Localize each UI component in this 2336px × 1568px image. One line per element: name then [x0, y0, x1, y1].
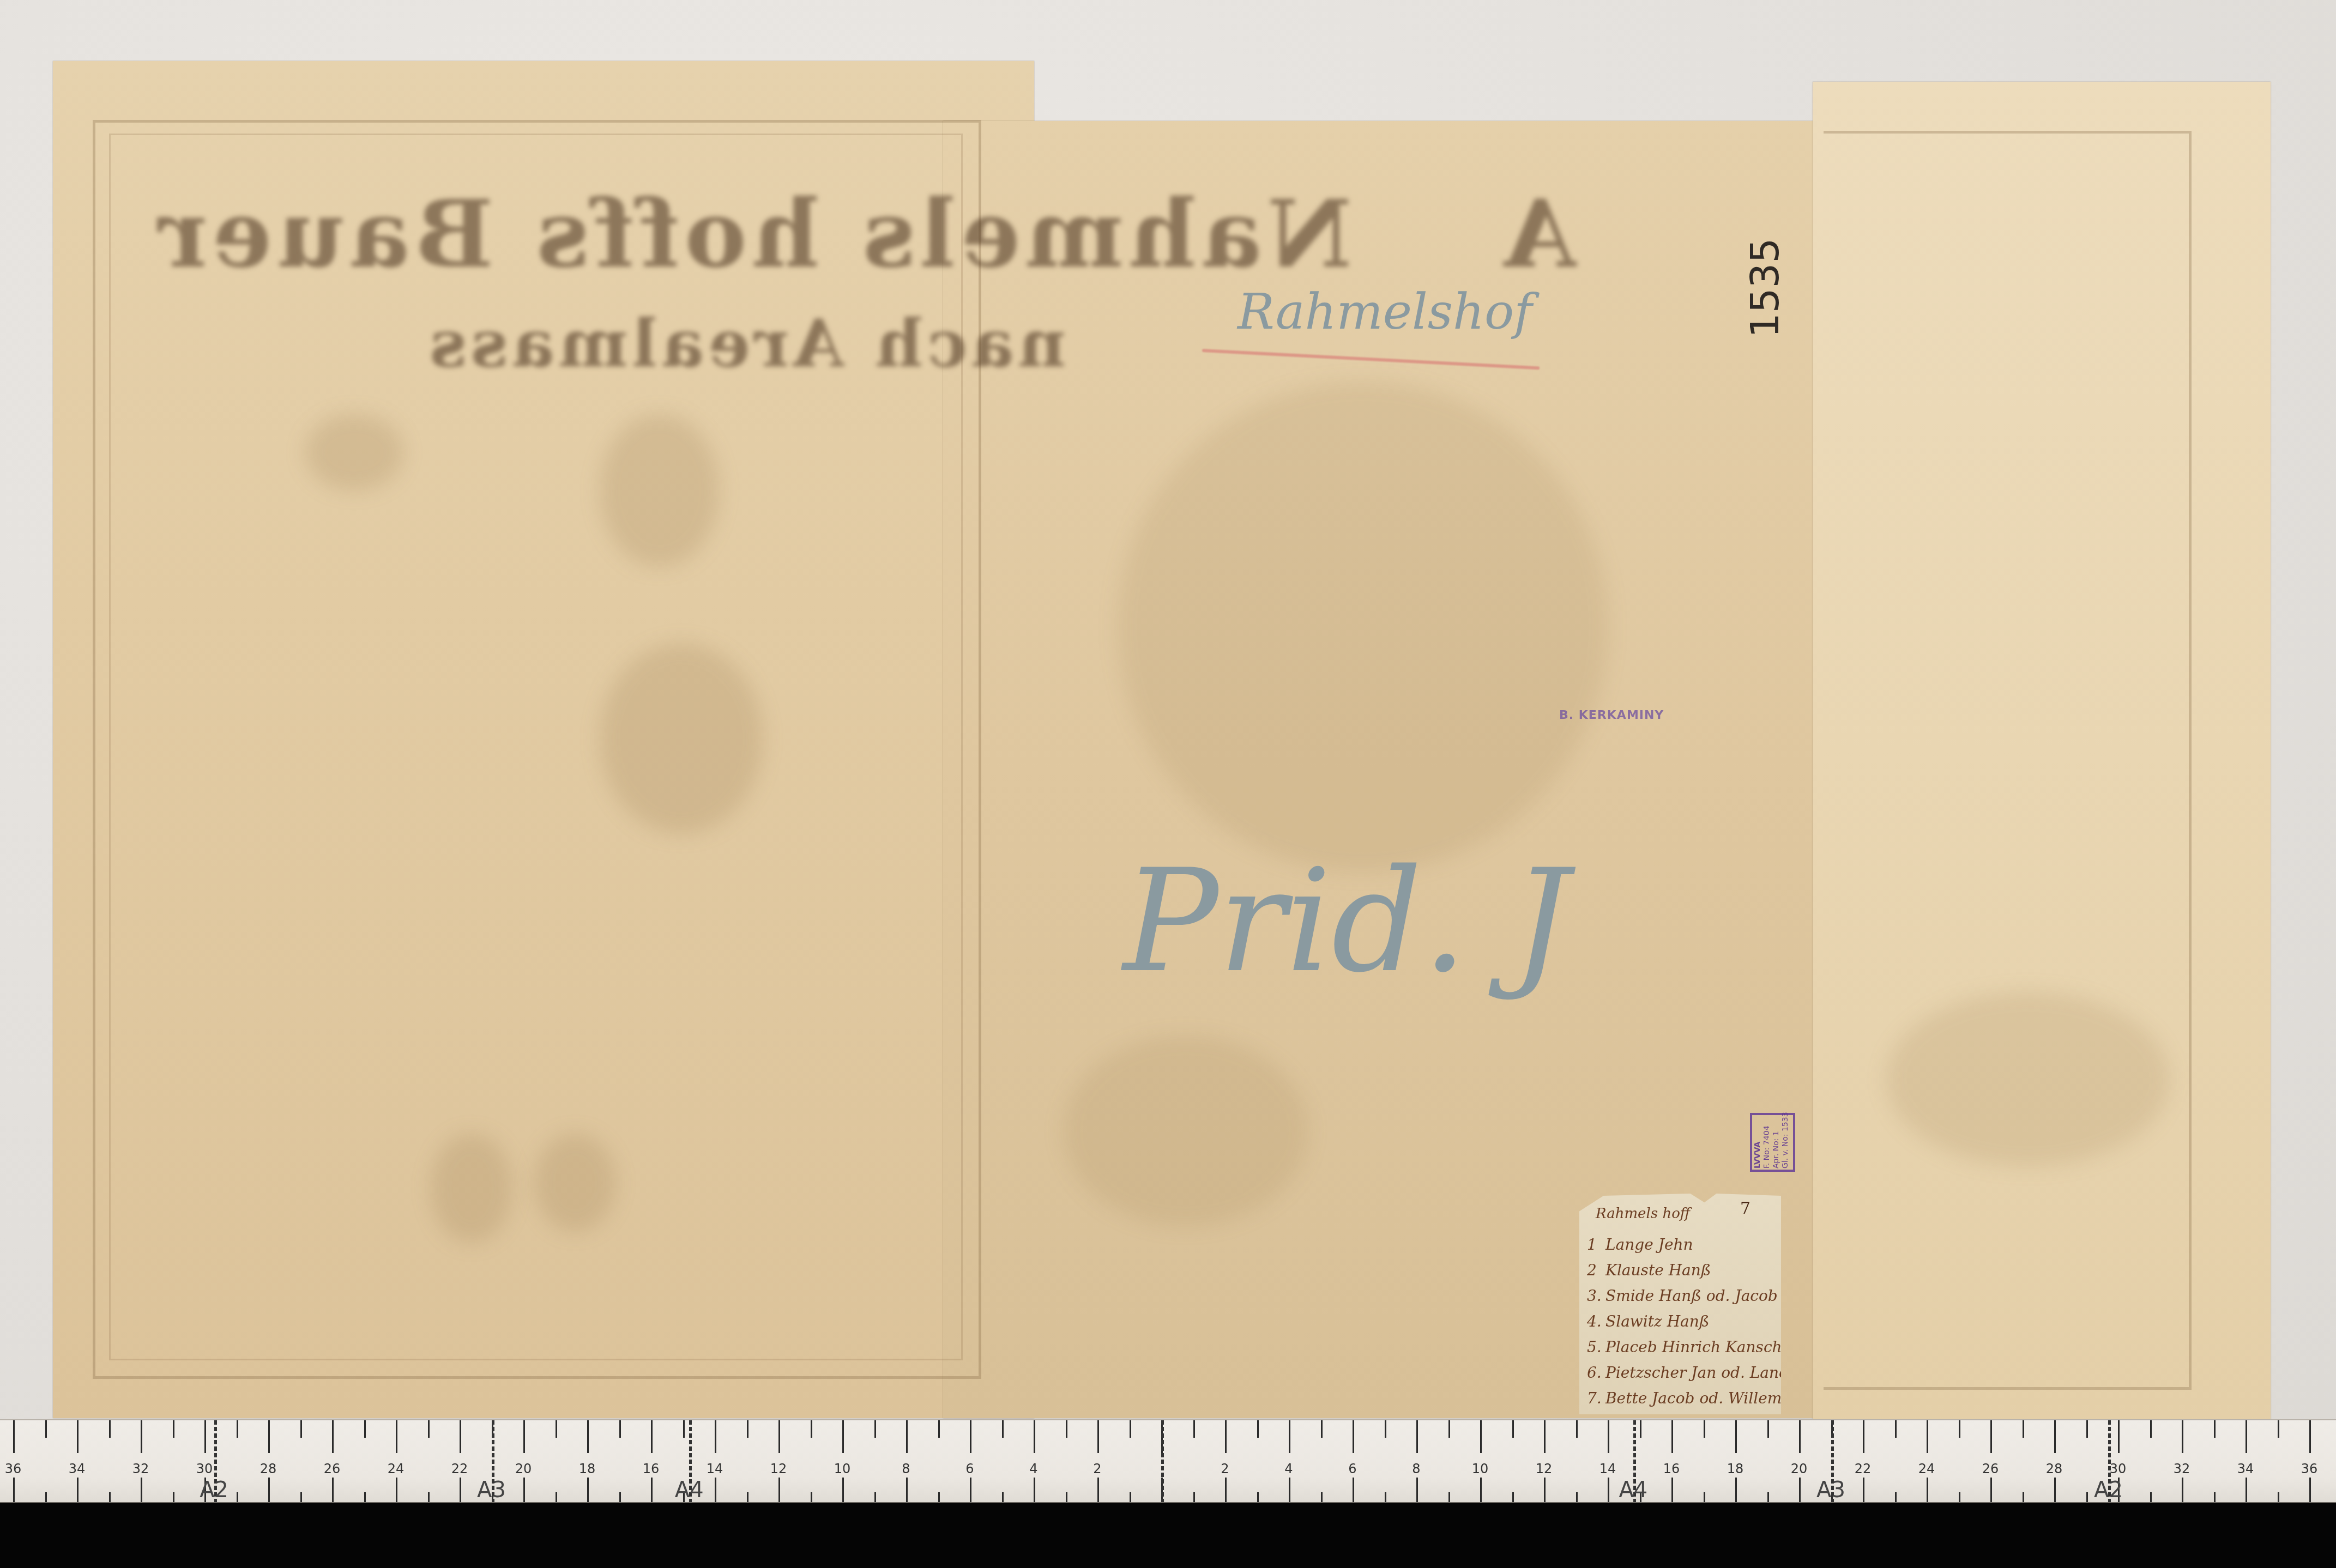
archive-number: 1535	[1742, 238, 1788, 338]
ruler-tick	[77, 1420, 79, 1453]
archive-stamp: LVVVA F. No: 7404 Apr. No: 1 Gl. v. No: …	[1750, 1113, 1795, 1172]
ruler-number: 6	[1348, 1461, 1356, 1476]
ruler-tick	[619, 1420, 621, 1438]
ruler-tick	[970, 1478, 971, 1502]
ruler-tick	[13, 1420, 15, 1453]
ruler-tick	[300, 1492, 302, 1502]
ruler-tick	[1671, 1478, 1673, 1502]
ruler-number: 18	[579, 1461, 596, 1476]
ruler-tick	[1480, 1478, 1482, 1502]
ruler-tick	[842, 1420, 844, 1453]
ruler-tick	[2246, 1420, 2247, 1453]
ruler-tick	[1895, 1420, 1897, 1438]
ruler-tick	[1512, 1492, 1514, 1502]
ruler-number: 36	[5, 1461, 22, 1476]
ruler-tick	[2054, 1478, 2056, 1502]
ruler-number: 34	[69, 1461, 86, 1476]
ruler-tick	[1671, 1420, 1673, 1453]
ruler-tick	[778, 1478, 780, 1502]
paper-size-label: A2	[200, 1478, 228, 1503]
ruler-tick	[2054, 1420, 2056, 1453]
ruler-tick	[2086, 1420, 2088, 1438]
paper-size-label: A3	[477, 1478, 506, 1503]
ruler-tick	[1448, 1420, 1450, 1438]
ruler-tick	[268, 1420, 270, 1453]
ruler-tick	[1225, 1478, 1227, 1502]
ruler-number: 2	[1093, 1461, 1101, 1476]
ruler-tick	[747, 1420, 749, 1438]
ruler-tick	[1193, 1420, 1195, 1438]
ruler-number: 4	[1284, 1461, 1293, 1476]
ruler-tick	[1735, 1420, 1737, 1453]
ruler-tick	[428, 1420, 430, 1438]
ruler-tick	[300, 1420, 302, 1438]
ruler-tick	[1863, 1478, 1864, 1502]
ruler-number: 26	[1982, 1461, 1999, 1476]
ruler-tick	[1321, 1492, 1323, 1502]
ruler-tick	[364, 1420, 366, 1438]
ruler-tick	[619, 1492, 621, 1502]
ruler-number: 28	[2046, 1461, 2063, 1476]
ruler-tick	[2278, 1420, 2279, 1438]
ruler-tick	[938, 1420, 940, 1438]
ruler-center-marker	[1161, 1420, 1164, 1502]
ruler-tick	[1353, 1420, 1354, 1453]
ruler-tick	[1735, 1478, 1737, 1502]
stain	[305, 414, 403, 491]
ruler-tick	[460, 1420, 461, 1453]
ruler-number: 26	[324, 1461, 341, 1476]
ruler-tick	[1959, 1420, 1960, 1438]
ruler-tick	[1002, 1420, 1004, 1438]
library-stamp: B. KERKAMINY	[1559, 709, 1664, 722]
ruler-tick	[1608, 1420, 1609, 1453]
ruler-number: 8	[1412, 1461, 1420, 1476]
list-item: 2Klauste Hanß	[1587, 1257, 1788, 1283]
ruler-tick	[1990, 1478, 1992, 1502]
ruler-tick	[2214, 1492, 2216, 1502]
ruler-tick	[906, 1420, 908, 1453]
ruler-tick	[13, 1478, 15, 1502]
stain	[1886, 992, 2170, 1166]
ruler-tick	[332, 1420, 334, 1453]
ruler-tick	[45, 1492, 47, 1502]
ruler-tick	[1448, 1492, 1450, 1502]
ruler-tick	[1321, 1420, 1323, 1438]
ruler-tick	[1002, 1492, 1004, 1502]
paper-size-label: A4	[675, 1478, 704, 1503]
ruler-tick	[1416, 1478, 1418, 1502]
ruler-tick	[715, 1420, 716, 1453]
stamp-row: Apr. No: 1	[1772, 1116, 1781, 1169]
ruler-tick	[2023, 1420, 2024, 1438]
pencil-annotation: Prid. J	[1123, 839, 1569, 1004]
ruler-tick	[1544, 1420, 1546, 1453]
ruler-number: 14	[707, 1461, 723, 1476]
ruler-tick	[715, 1478, 716, 1502]
measuring-ruler: 3634323028262422201816141210864224681012…	[0, 1419, 2336, 1504]
stain	[431, 1134, 512, 1243]
ruler-tick	[1895, 1492, 1897, 1502]
ruler-tick	[1704, 1420, 1705, 1438]
paper-size-label: A4	[1619, 1478, 1647, 1503]
ruler-tick	[109, 1492, 111, 1502]
ruler-number: 16	[1663, 1461, 1680, 1476]
ruler-tick	[2309, 1478, 2311, 1502]
ruler-tick	[1066, 1492, 1067, 1502]
ruler-number: 12	[1536, 1461, 1553, 1476]
ruler-number: 22	[451, 1461, 468, 1476]
ruler-tick	[1990, 1420, 1992, 1453]
stamp-row: Gl. v. No: 1533	[1781, 1116, 1790, 1169]
ruler-tick	[1066, 1420, 1067, 1438]
ruler-number: 36	[2301, 1461, 2318, 1476]
ruler-tick	[1034, 1478, 1035, 1502]
label-slip: Rahmels hoff 7 1Lange Jehn 2Klauste Hanß…	[1579, 1194, 1781, 1414]
ruler-tick	[1767, 1492, 1769, 1502]
ruler-number: 4	[1029, 1461, 1037, 1476]
stain	[1063, 1036, 1308, 1226]
ruler-tick	[396, 1478, 397, 1502]
ruler-tick	[747, 1492, 749, 1502]
bleed-through-subtitle: nach Arealmass	[425, 305, 1066, 382]
ruler-tick	[970, 1420, 971, 1453]
ruler-tick	[1959, 1492, 1960, 1502]
ruler-number: 18	[1727, 1461, 1744, 1476]
ruler-tick	[1544, 1478, 1546, 1502]
ruler-tick	[938, 1492, 940, 1502]
slip-corner-mark: 7	[1740, 1199, 1751, 1218]
ruler-tick	[1034, 1420, 1035, 1453]
ruler-tick	[141, 1478, 142, 1502]
ruler-tick	[811, 1492, 812, 1502]
stamp-row: F. No: 7404	[1762, 1116, 1772, 1169]
ruler-tick	[1640, 1420, 1641, 1438]
ruler-number: 10	[1472, 1461, 1489, 1476]
ruler-number: 32	[132, 1461, 149, 1476]
ruler-tick	[2118, 1420, 2120, 1453]
ruler-tick	[364, 1492, 366, 1502]
slip-title: Rahmels hoff	[1596, 1206, 1690, 1222]
scanner-edge	[0, 1503, 2336, 1568]
ruler-number: 34	[2237, 1461, 2254, 1476]
paper-size-label: A2	[2094, 1478, 2123, 1503]
ruler-tick	[556, 1420, 557, 1438]
stain	[534, 1134, 616, 1232]
ruler-tick	[2278, 1492, 2279, 1502]
ruler-tick	[460, 1478, 461, 1502]
ruler-tick	[1576, 1420, 1578, 1438]
list-item: 4.Slawitz Hanß	[1587, 1309, 1788, 1334]
ruler-tick	[874, 1420, 876, 1438]
ruler-number: 14	[1599, 1461, 1616, 1476]
ruler-tick	[1927, 1420, 1928, 1453]
ruler-tick	[396, 1420, 397, 1453]
title-letter: A	[1499, 180, 1576, 289]
ruler-tick	[1704, 1492, 1705, 1502]
ruler-number: 20	[1791, 1461, 1808, 1476]
ruler-tick	[1385, 1492, 1386, 1502]
ruler-tick	[1385, 1420, 1386, 1438]
ruler-tick	[811, 1420, 812, 1438]
ruler-tick	[204, 1420, 206, 1453]
ruler-tick	[1289, 1420, 1290, 1453]
list-item: 3.Smide Hanß od. Jacob	[1587, 1283, 1788, 1309]
ruler-tick	[1799, 1420, 1801, 1453]
ruler-tick	[1257, 1420, 1259, 1438]
bleed-through-title: A Nahmels hoffs Bauer	[153, 180, 1576, 289]
ruler-number: 32	[2174, 1461, 2190, 1476]
ruler-tick	[1193, 1492, 1195, 1502]
paper-size-label: A3	[1816, 1478, 1845, 1503]
ruler-number: 30	[2110, 1461, 2127, 1476]
ruler-tick	[2086, 1492, 2088, 1502]
ruler-number: 16	[643, 1461, 660, 1476]
ruler-tick	[77, 1478, 79, 1502]
ruler-tick	[1480, 1420, 1482, 1453]
list-item: 7.Bette Jacob od. Willem	[1587, 1385, 1788, 1411]
ruler-number: 12	[770, 1461, 787, 1476]
ruler-tick	[2309, 1420, 2311, 1453]
stamp-header: LVVVA	[1753, 1116, 1762, 1169]
ruler-tick	[1289, 1478, 1290, 1502]
ruler-number: 24	[1918, 1461, 1935, 1476]
ruler-number: 10	[834, 1461, 851, 1476]
ruler-tick	[587, 1478, 589, 1502]
ruler-tick	[874, 1492, 876, 1502]
ruler-tick	[428, 1492, 430, 1502]
ruler-tick	[141, 1420, 142, 1453]
list-item: 6.Pietzscher Jan od. Lane	[1587, 1360, 1788, 1385]
stain	[600, 643, 763, 834]
ruler-tick	[1576, 1492, 1578, 1502]
map-border-right	[1824, 131, 2192, 1390]
ruler-tick	[1767, 1420, 1769, 1438]
ruler-tick	[2150, 1492, 2152, 1502]
title-text-mirrored: Nahmels hoffs Bauer	[153, 180, 1352, 289]
ruler-tick	[1353, 1478, 1354, 1502]
ruler-tick	[651, 1478, 653, 1502]
ruler-number: 6	[965, 1461, 974, 1476]
slip-entries: 1Lange Jehn 2Klauste Hanß 3.Smide Hanß o…	[1587, 1232, 1788, 1411]
ruler-tick	[2182, 1420, 2183, 1453]
ruler-tick	[332, 1478, 334, 1502]
stain	[1118, 382, 1608, 872]
ruler-tick	[173, 1492, 174, 1502]
ruler-tick	[1130, 1420, 1131, 1438]
ruler-tick	[2246, 1478, 2247, 1502]
ruler-tick	[842, 1478, 844, 1502]
ruler-tick	[587, 1420, 589, 1453]
list-item: 1Lange Jehn	[1587, 1232, 1788, 1257]
ruler-tick	[2182, 1478, 2183, 1502]
ruler-tick	[523, 1478, 525, 1502]
ruler-tick	[1863, 1420, 1864, 1453]
ruler-tick	[2150, 1420, 2152, 1438]
ruler-number: 22	[1855, 1461, 1872, 1476]
ruler-tick	[778, 1420, 780, 1453]
ruler-tick	[45, 1420, 47, 1438]
ruler-tick	[1130, 1492, 1131, 1502]
ruler-tick	[556, 1492, 557, 1502]
ruler-tick	[1799, 1478, 1801, 1502]
ruler-tick	[268, 1478, 270, 1502]
ruler-tick	[1257, 1492, 1259, 1502]
ruler-tick	[1927, 1478, 1928, 1502]
ruler-tick	[1608, 1478, 1609, 1502]
ruler-tick	[1097, 1420, 1099, 1453]
ruler-tick	[683, 1420, 685, 1438]
ruler-tick	[1097, 1478, 1099, 1502]
ruler-tick	[109, 1420, 111, 1438]
pencil-place-name: Rahmelshof	[1238, 283, 1532, 341]
ruler-tick	[906, 1478, 908, 1502]
ruler-number: 2	[1221, 1461, 1229, 1476]
ruler-tick	[1416, 1420, 1418, 1453]
ruler-tick	[651, 1420, 653, 1453]
ruler-tick	[2023, 1492, 2024, 1502]
ruler-number: 8	[902, 1461, 910, 1476]
ruler-tick	[237, 1420, 238, 1438]
stain	[600, 414, 720, 567]
ruler-tick	[523, 1420, 525, 1453]
ruler-number: 30	[196, 1461, 213, 1476]
ruler-tick	[237, 1492, 238, 1502]
ruler-tick	[2214, 1420, 2216, 1438]
ruler-number: 20	[515, 1461, 532, 1476]
ruler-number: 28	[260, 1461, 277, 1476]
list-item: 5.Placeb Hinrich Kansch	[1587, 1334, 1788, 1360]
ruler-number: 24	[388, 1461, 405, 1476]
ruler-tick	[173, 1420, 174, 1438]
ruler-tick	[1512, 1420, 1514, 1438]
ruler-tick	[1225, 1420, 1227, 1453]
